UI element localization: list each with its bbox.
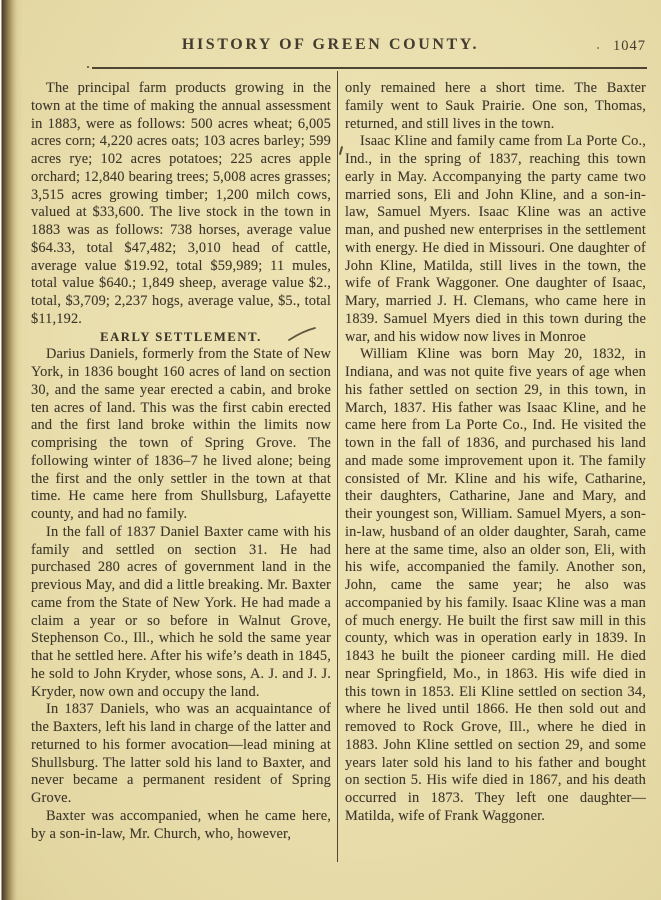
paragraph-farm-products: The principal farm products growing in t… — [31, 80, 331, 329]
paragraph-daniel-baxter: In the fall of 1837 Daniel Baxter came w… — [31, 524, 331, 702]
column-divider — [337, 71, 338, 862]
header-rule-dot — [87, 66, 89, 68]
ink-tick-mark-icon — [339, 146, 343, 155]
paragraph-william-kline: William Kline was born May 20, 1832, in … — [345, 346, 646, 825]
paragraph-isaac-kline: Isaac Kline and family came from La Port… — [345, 133, 646, 346]
header-rule — [92, 67, 647, 69]
left-column: The principal farm products growing in t… — [31, 80, 331, 843]
right-column: only remained here a short time. The Bax… — [345, 80, 646, 826]
pen-stroke-mark-icon — [287, 327, 317, 343]
page-header-title: HISTORY OF GREEN COUNTY. — [0, 36, 661, 54]
page-number-dot — [597, 47, 599, 49]
page-number: 1047 — [613, 38, 646, 55]
book-page: HISTORY OF GREEN COUNTY. 1047 The princi… — [0, 0, 661, 900]
section-heading-early-settlement: EARLY SETTLEMENT. — [31, 329, 331, 347]
paragraph-baxter-continued: only remained here a short time. The Bax… — [345, 80, 646, 133]
paragraph-darius-daniels: Darius Daniels, formerly from the State … — [31, 346, 331, 524]
binding-edge — [0, 0, 22, 900]
paragraph-daniels-1837: In 1837 Daniels, who was an acquaintance… — [31, 701, 331, 808]
paragraph-baxter-son-in-law: Baxter was accompanied, when he came her… — [31, 808, 331, 844]
